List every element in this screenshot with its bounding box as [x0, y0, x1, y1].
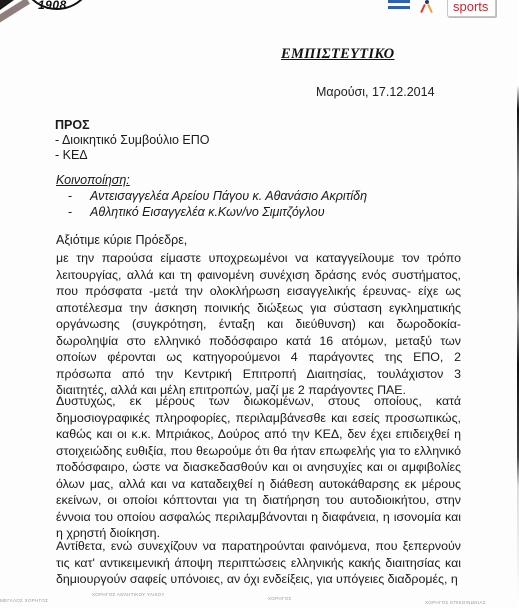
cc-item-text: Αντεισαγγελέα Αρείου Πάγου κ. Αθανάσιο Α… — [90, 188, 367, 204]
cc-item: - Αντεισαγγελέα Αρείου Πάγου κ. Αθανάσιο… — [56, 188, 367, 204]
recipient-item: - Διοικητικό Συμβούλιο ΕΠΟ — [55, 133, 210, 148]
crest-year: 1908 — [38, 0, 67, 12]
cc-bullet: - — [68, 204, 90, 220]
cc-title: Κοινοποίηση: — [56, 172, 367, 188]
cc-block: Κοινοποίηση: - Αντεισαγγελέα Αρείου Πάγο… — [56, 172, 367, 220]
greek-flag-icon — [388, 0, 410, 14]
sports-badge-icon: sports — [447, 0, 496, 17]
footer-sponsor-label: ΧΟΡΗΓΟΣ ΕΠΙΚΟΙΝΩΝΙΑΣ — [425, 600, 486, 606]
footer-sponsor-label: ΧΟΡΗΓΟΣ ΑΘΛΗΤΙΚΟΥ ΥΛΙΚΟΥ — [92, 592, 165, 598]
recipients-block: ΠΡΟΣ - Διοικητικό Συμβούλιο ΕΠΟ - ΚΕΔ — [55, 118, 210, 163]
letter-page: 1908 sports ΕΜΠΙΣΤΕΥΤΙΚΟ Μαρούσι, 17.12.… — [0, 0, 519, 608]
body-paragraph-3: Αντίθετα, ενώ συνεχίζουν να παρατηρούντα… — [56, 538, 461, 588]
recipient-item: - ΚΕΔ — [55, 148, 210, 163]
olympic-athlete-icon — [420, 0, 434, 14]
salutation: Αξιότιμε κύριε Πρόεδρε, — [56, 233, 187, 247]
place-date: Μαρούσι, 17.12.2014 — [316, 85, 435, 99]
footer-sponsor-label: ΧΟΡΗΓΟΣ — [268, 596, 292, 602]
footer-sponsor-label: ΜΕΓΑΛΟΣ ΧΟΡΗΓΟΣ — [0, 598, 48, 604]
body-paragraph-2: Δυστυχώς, εκ μέρους των διωκομένων, στου… — [56, 393, 461, 542]
cc-bullet: - — [68, 188, 90, 204]
cc-item: - Αθλητικό Εισαγγελέα κ.Κων/νο Σιμιτζόγλ… — [56, 204, 367, 220]
cc-item-text: Αθλητικό Εισαγγελέα κ.Κων/νο Σιμιτζόγλου — [90, 204, 325, 220]
classification-heading: ΕΜΠΙΣΤΕΥΤΙΚΟ — [281, 46, 394, 63]
body-paragraph-1: με την παρούσα είμαστε υποχρεωμένοι να κ… — [56, 250, 461, 399]
sports-badge-label: sports — [453, 0, 488, 14]
recipients-title: ΠΡΟΣ — [55, 118, 210, 133]
